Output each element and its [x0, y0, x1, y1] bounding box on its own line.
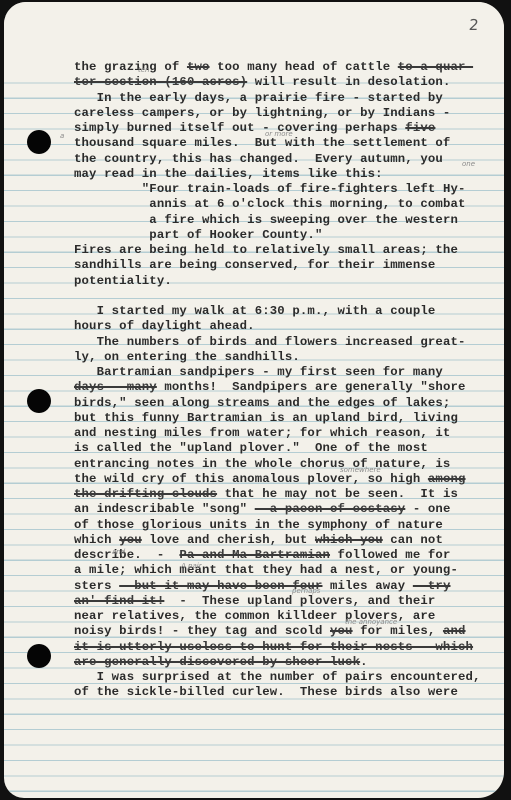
- text-segment: noisy birds! - they tag and scold: [74, 624, 330, 638]
- text-segment: In the early days, a prairie fire - star…: [97, 91, 443, 105]
- text-segment: of those glorious units in the symphony …: [74, 518, 443, 532]
- text-segment: may read in the dailies, items like this…: [74, 167, 383, 181]
- text-segment: too many head of cattle: [210, 60, 398, 74]
- handwritten-note: perhaps: [292, 587, 320, 595]
- struck-text: two: [187, 60, 210, 74]
- text-segment: hours of daylight ahead.: [74, 319, 255, 333]
- text-segment: love and cherish, but: [142, 533, 315, 547]
- text-line: noisy birds! - they tag and scold you fo…: [74, 624, 504, 639]
- hole-punch-2: [27, 389, 51, 413]
- text-segment: sters: [74, 579, 119, 593]
- text-line: hours of daylight ahead.: [74, 319, 504, 334]
- text-segment: I was surprised at the number of pairs e…: [97, 670, 481, 684]
- text-line: the drifting clouds that he may not be s…: [74, 487, 504, 502]
- handwritten-note: the annoyance: [345, 618, 397, 626]
- text-line: careless campers, or by lightning, or by…: [74, 106, 504, 121]
- text-segment: .: [360, 655, 368, 669]
- text-segment: - These upland plovers, and their: [164, 594, 435, 608]
- text-segment: but this funny Bartramian is an upland b…: [74, 411, 458, 425]
- struck-text: are generally discovered by sheer luck: [74, 655, 360, 669]
- text-segment: sandhills are being conserved, for their…: [74, 258, 435, 272]
- struck-text: Pa and Ma Bartramian: [179, 548, 330, 562]
- text-segment: the grazing of: [74, 60, 187, 74]
- struck-text: which you: [315, 533, 383, 547]
- text-line: I was surprised at the number of pairs e…: [74, 670, 504, 685]
- text-segment: simply burned itself out - covering perh…: [74, 121, 405, 135]
- struck-text: it is utterly useless to hunt for their …: [74, 640, 473, 654]
- text-line: but this funny Bartramian is an upland b…: [74, 411, 504, 426]
- struck-text: you: [330, 624, 353, 638]
- text-segment: entrancing notes in the whole chorus of …: [74, 457, 450, 471]
- struck-text: days - many: [74, 380, 157, 394]
- text-segment: part of Hooker County.": [149, 228, 322, 242]
- text-line: birds," seen along streams and the edges…: [74, 396, 504, 411]
- text-line: an' find it! - These upland plovers, and…: [74, 594, 504, 609]
- text-line: I started my walk at 6:30 p.m., with a c…: [74, 304, 504, 319]
- text-line: a fire which is sweeping over the wester…: [74, 213, 504, 228]
- text-segment: "Four train-loads of fire-fighters left …: [142, 182, 466, 196]
- handwritten-note: or more: [265, 130, 293, 138]
- text-line: Bartramian sandpipers - my first seen fo…: [74, 365, 504, 380]
- text-line: Fires are being held to relatively small…: [74, 243, 504, 258]
- text-segment: birds," seen along streams and the edges…: [74, 396, 450, 410]
- text-segment: months! Sandpipers are generally "shore: [157, 380, 466, 394]
- text-segment: can not: [383, 533, 443, 547]
- text-line: and nesting miles from water; for which …: [74, 426, 504, 441]
- text-line: describe. - Pa and Ma Bartramian followe…: [74, 548, 504, 563]
- text-segment: ly, on entering the sandhills.: [74, 350, 300, 364]
- text-segment: miles away: [322, 579, 412, 593]
- text-line: In the early days, a prairie fire - star…: [74, 91, 504, 106]
- text-line: of those glorious units in the symphony …: [74, 518, 504, 533]
- handwritten-note: ten: [138, 66, 150, 74]
- text-line: The numbers of birds and flowers increas…: [74, 335, 504, 350]
- struck-text: you: [119, 533, 142, 547]
- text-segment: for miles,: [353, 624, 443, 638]
- text-line: sandhills are being conserved, for their…: [74, 258, 504, 273]
- text-line: which you love and cherish, but which yo…: [74, 533, 504, 548]
- text-line: may read in the dailies, items like this…: [74, 167, 504, 182]
- text-line: part of Hooker County.": [74, 228, 504, 243]
- text-line: thousand square miles. But with the sett…: [74, 136, 504, 151]
- text-segment: followed me for: [330, 548, 450, 562]
- text-line: it is utterly useless to hunt for their …: [74, 640, 504, 655]
- struck-text: ter-section (160 acres): [74, 75, 247, 89]
- handwritten-note: A pair: [181, 562, 202, 570]
- text-line: [74, 289, 504, 304]
- text-segment: and nesting miles from water; for which …: [74, 426, 450, 440]
- text-segment: which: [74, 533, 119, 547]
- text-segment: that he may not be seen. It is: [217, 487, 458, 501]
- text-line: is called the "upland plover." One of th…: [74, 441, 504, 456]
- text-line: entrancing notes in the whole chorus of …: [74, 457, 504, 472]
- text-segment: careless campers, or by lightning, or by…: [74, 106, 450, 120]
- text-segment: a mile; which meant that they had a nest…: [74, 563, 458, 577]
- text-line: the wild cry of this anomalous plover, s…: [74, 472, 504, 487]
- struck-text: - try: [413, 579, 451, 593]
- typewritten-body: the grazing of two too many head of catt…: [74, 60, 504, 701]
- text-segment: the country, this has changed. Every aut…: [74, 152, 443, 166]
- text-line: of the sickle-billed curlew. These birds…: [74, 685, 504, 700]
- struck-text: the drifting clouds: [74, 487, 217, 501]
- text-line: "Four train-loads of fire-fighters left …: [74, 182, 504, 197]
- text-segment: I started my walk at 6:30 p.m., with a c…: [97, 304, 436, 318]
- text-segment: The numbers of birds and flowers increas…: [97, 335, 466, 349]
- struck-text: among: [428, 472, 466, 486]
- text-segment: a fire which is sweeping over the wester…: [149, 213, 458, 227]
- struck-text: and: [443, 624, 466, 638]
- text-segment: Bartramian sandpipers - my first seen fo…: [97, 365, 443, 379]
- text-segment: describe. -: [74, 548, 179, 562]
- text-line: annis at 6 o'clock this morning, to comb…: [74, 197, 504, 212]
- text-line: sters - but it may have been four miles …: [74, 579, 504, 594]
- handwritten-note: a: [60, 132, 64, 140]
- struck-text: - a paeon of ecstasy: [255, 502, 406, 516]
- text-line: a mile; which meant that they had a nest…: [74, 563, 504, 578]
- struck-text: an' find it!: [74, 594, 164, 608]
- text-segment: is called the "upland plover." One of th…: [74, 441, 428, 455]
- text-segment: of the sickle-billed curlew. These birds…: [74, 685, 458, 699]
- text-segment: - one: [405, 502, 450, 516]
- handwritten-note: one: [462, 160, 475, 168]
- text-line: the country, this has changed. Every aut…: [74, 152, 504, 167]
- document-page: 2 the grazing of two too many head of ca…: [4, 2, 504, 798]
- page-number: 2: [468, 16, 479, 34]
- hole-punch-1: [27, 130, 51, 154]
- text-segment: an indescribable "song": [74, 502, 255, 516]
- struck-text: five: [405, 121, 435, 135]
- text-line: ly, on entering the sandhills.: [74, 350, 504, 365]
- text-line: an indescribable "song" - a paeon of ecs…: [74, 502, 504, 517]
- text-line: are generally discovered by sheer luck.: [74, 655, 504, 670]
- text-segment: potentiality.: [74, 274, 172, 288]
- text-line: ter-section (160 acres) will result in d…: [74, 75, 504, 90]
- text-segment: will result in desolation.: [247, 75, 450, 89]
- handwritten-note: somewhere: [340, 466, 381, 474]
- handwritten-note: and: [112, 548, 125, 556]
- text-line: near relatives, the common killdeer plov…: [74, 609, 504, 624]
- text-segment: annis at 6 o'clock this morning, to comb…: [149, 197, 465, 211]
- hole-punch-3: [27, 644, 51, 668]
- struck-text: to a quar-: [398, 60, 473, 74]
- text-line: potentiality.: [74, 274, 504, 289]
- text-segment: Fires are being held to relatively small…: [74, 243, 458, 257]
- text-line: days - many months! Sandpipers are gener…: [74, 380, 504, 395]
- text-segment: thousand square miles. But with the sett…: [74, 136, 450, 150]
